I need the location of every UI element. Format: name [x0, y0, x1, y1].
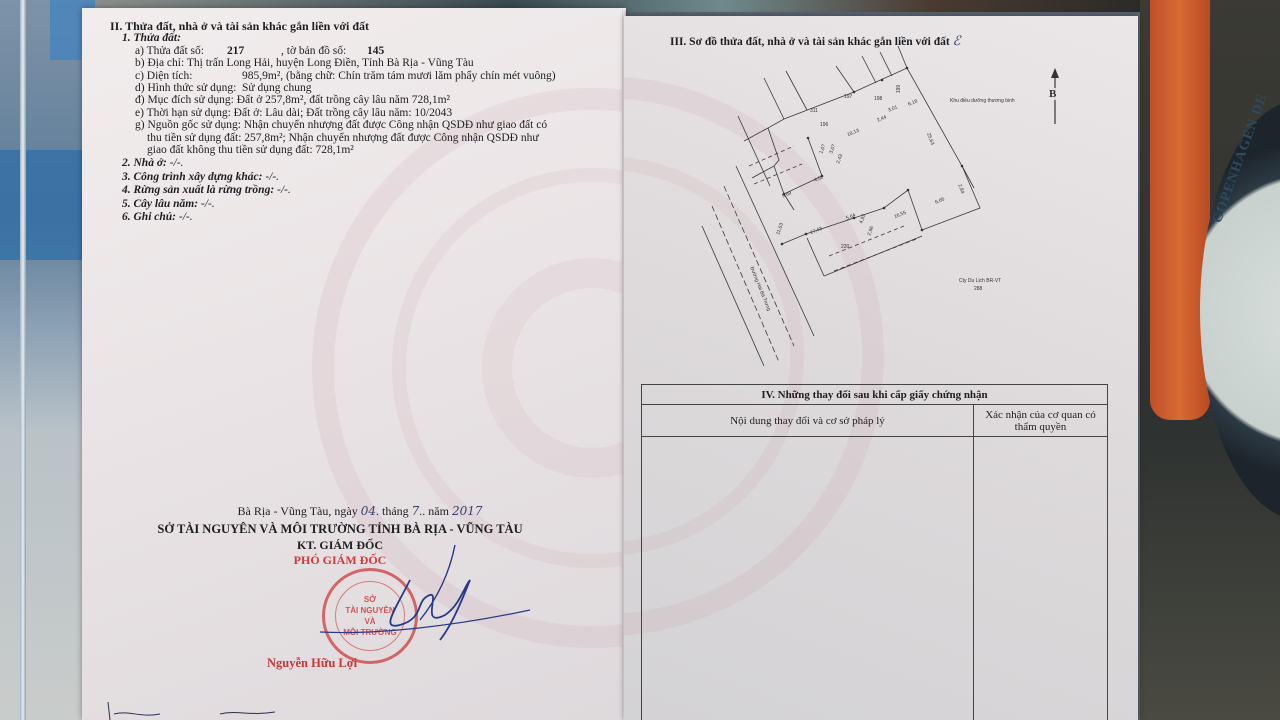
handwritten-scribble — [100, 700, 300, 720]
changes-content-cell — [642, 437, 974, 720]
term: Đất ở: Lâu dài; Đất trồng cây lâu năm: 1… — [234, 107, 452, 119]
issue-day: 04 — [361, 504, 376, 518]
parcel-label: 199 — [896, 85, 902, 93]
issue-year: 2017 — [452, 504, 483, 518]
signer-deputy-role: PHÓ GIÁM ĐỐC — [140, 553, 540, 568]
address-row: b) Địa chỉ: Thị trấn Long Hải, huyện Lon… — [110, 57, 620, 69]
issuing-organization: SỞ TÀI NGUYÊN VÀ MÔI TRƯỜNG TỈNH BÀ RỊA … — [140, 522, 540, 537]
parcel-label: 311 — [810, 108, 818, 114]
other-construction-item: 3. Công trình xây dựng khác: -/-. — [110, 171, 620, 183]
section-title: II. Thửa đất, nhà ở và tài sản khác gắn … — [110, 20, 620, 32]
north-arrow: B — [1048, 68, 1062, 124]
parcel-label: 197 — [844, 94, 852, 100]
changes-column-header: Nội dung thay đổi và cơ sở pháp lý — [642, 405, 974, 437]
background-pole — [20, 0, 26, 720]
origin-row-continued: thu tiền sử dụng đất: 257,8m²; Nhận chuy… — [110, 132, 620, 144]
certificate-right-page: III. Sơ đồ thửa đất, nhà ở và tài sản kh… — [624, 16, 1138, 720]
perennial-trees-item: 5. Cây lâu năm: -/-. — [110, 198, 620, 210]
confirmation-content-cell — [974, 437, 1108, 720]
house-item: 2. Nhà ở: -/-. — [110, 157, 620, 169]
neighbor-label: Cty Du Lịch BR-VT — [959, 278, 1001, 284]
north-label: B — [1049, 88, 1056, 100]
area: 985,9m², (bằng chữ: Chín trăm tám mươi l… — [242, 70, 556, 82]
background-left — [0, 0, 95, 720]
origin-row-continued: giao đất không thu tiền sử dụng đất: 728… — [110, 144, 620, 156]
signature-block: Bà Rịa - Vũng Tàu, ngày 04. tháng 7.. nă… — [140, 504, 540, 568]
background-orange-bottle — [1150, 0, 1210, 420]
parcel-label: 198 — [874, 96, 882, 102]
confirmation-column-header: Xác nhận của cơ quan có thẩm quyền — [974, 405, 1108, 437]
purpose-row: đ) Mục đích sử dụng: Đất ở 257,8m², đất … — [110, 94, 620, 106]
term-row: e) Thời hạn sử dụng: Đất ở: Lâu dài; Đất… — [110, 107, 620, 119]
changes-table-title: IV. Những thay đổi sau khi cấp giấy chứn… — [642, 385, 1108, 405]
address: Thị trấn Long Hải, huyện Long Điền, Tỉnh… — [187, 57, 474, 69]
parcel-label: 220 — [841, 244, 849, 250]
background-blue-object — [0, 150, 95, 260]
land-parcel-title: 1. Thửa đất: — [110, 32, 620, 44]
land-info-section: II. Thửa đất, nhà ở và tài sản khác gắn … — [110, 20, 620, 224]
parcel-number: 217 — [227, 45, 281, 57]
planted-forest-item: 4. Rừng sản xuất là rừng trồng: -/-. — [110, 184, 620, 196]
parcel-number-row: a) Thửa đất số:217, tờ bản đồ số:145 — [110, 45, 620, 57]
purpose: Đất ở 257,8m², đất trồng cây lâu năm 728… — [237, 94, 450, 106]
issue-month: 7 — [412, 504, 420, 518]
background-right: COPENHAGEN DE — [1140, 0, 1280, 720]
origin-row: g) Nguồn gốc sử dụng: Nhận chuyển nhượng… — [110, 119, 620, 131]
signer-name: Nguyễn Hữu Lợi — [267, 656, 357, 671]
parcel-label: 196 — [820, 122, 828, 128]
map-sheet-number: 145 — [367, 45, 384, 57]
notes-item: 6. Ghi chú: -/-. — [110, 211, 620, 223]
area-label: Khu điều dưỡng thương binh — [950, 98, 1015, 104]
signer-role: KT. GIÁM ĐỐC — [140, 538, 540, 553]
issue-date: Bà Rịa - Vũng Tàu, ngày 04. tháng 7.. nă… — [140, 504, 540, 519]
usage-form-row: d) Hình thức sử dụng: Sử dụng chung — [110, 82, 620, 94]
area-row: c) Diện tích:985,9m², (bằng chữ: Chín tr… — [110, 70, 620, 82]
official-red-stamp: SỞ TÀI NGUYÊN VÀ MÔI TRƯỜNG — [322, 568, 418, 664]
changes-table: IV. Những thay đổi sau khi cấp giấy chứn… — [641, 384, 1108, 720]
watermark-drum-emblem — [482, 258, 626, 478]
usage-form: Sử dụng chung — [242, 82, 311, 94]
neighbor-parcel-number: 288 — [974, 286, 982, 292]
